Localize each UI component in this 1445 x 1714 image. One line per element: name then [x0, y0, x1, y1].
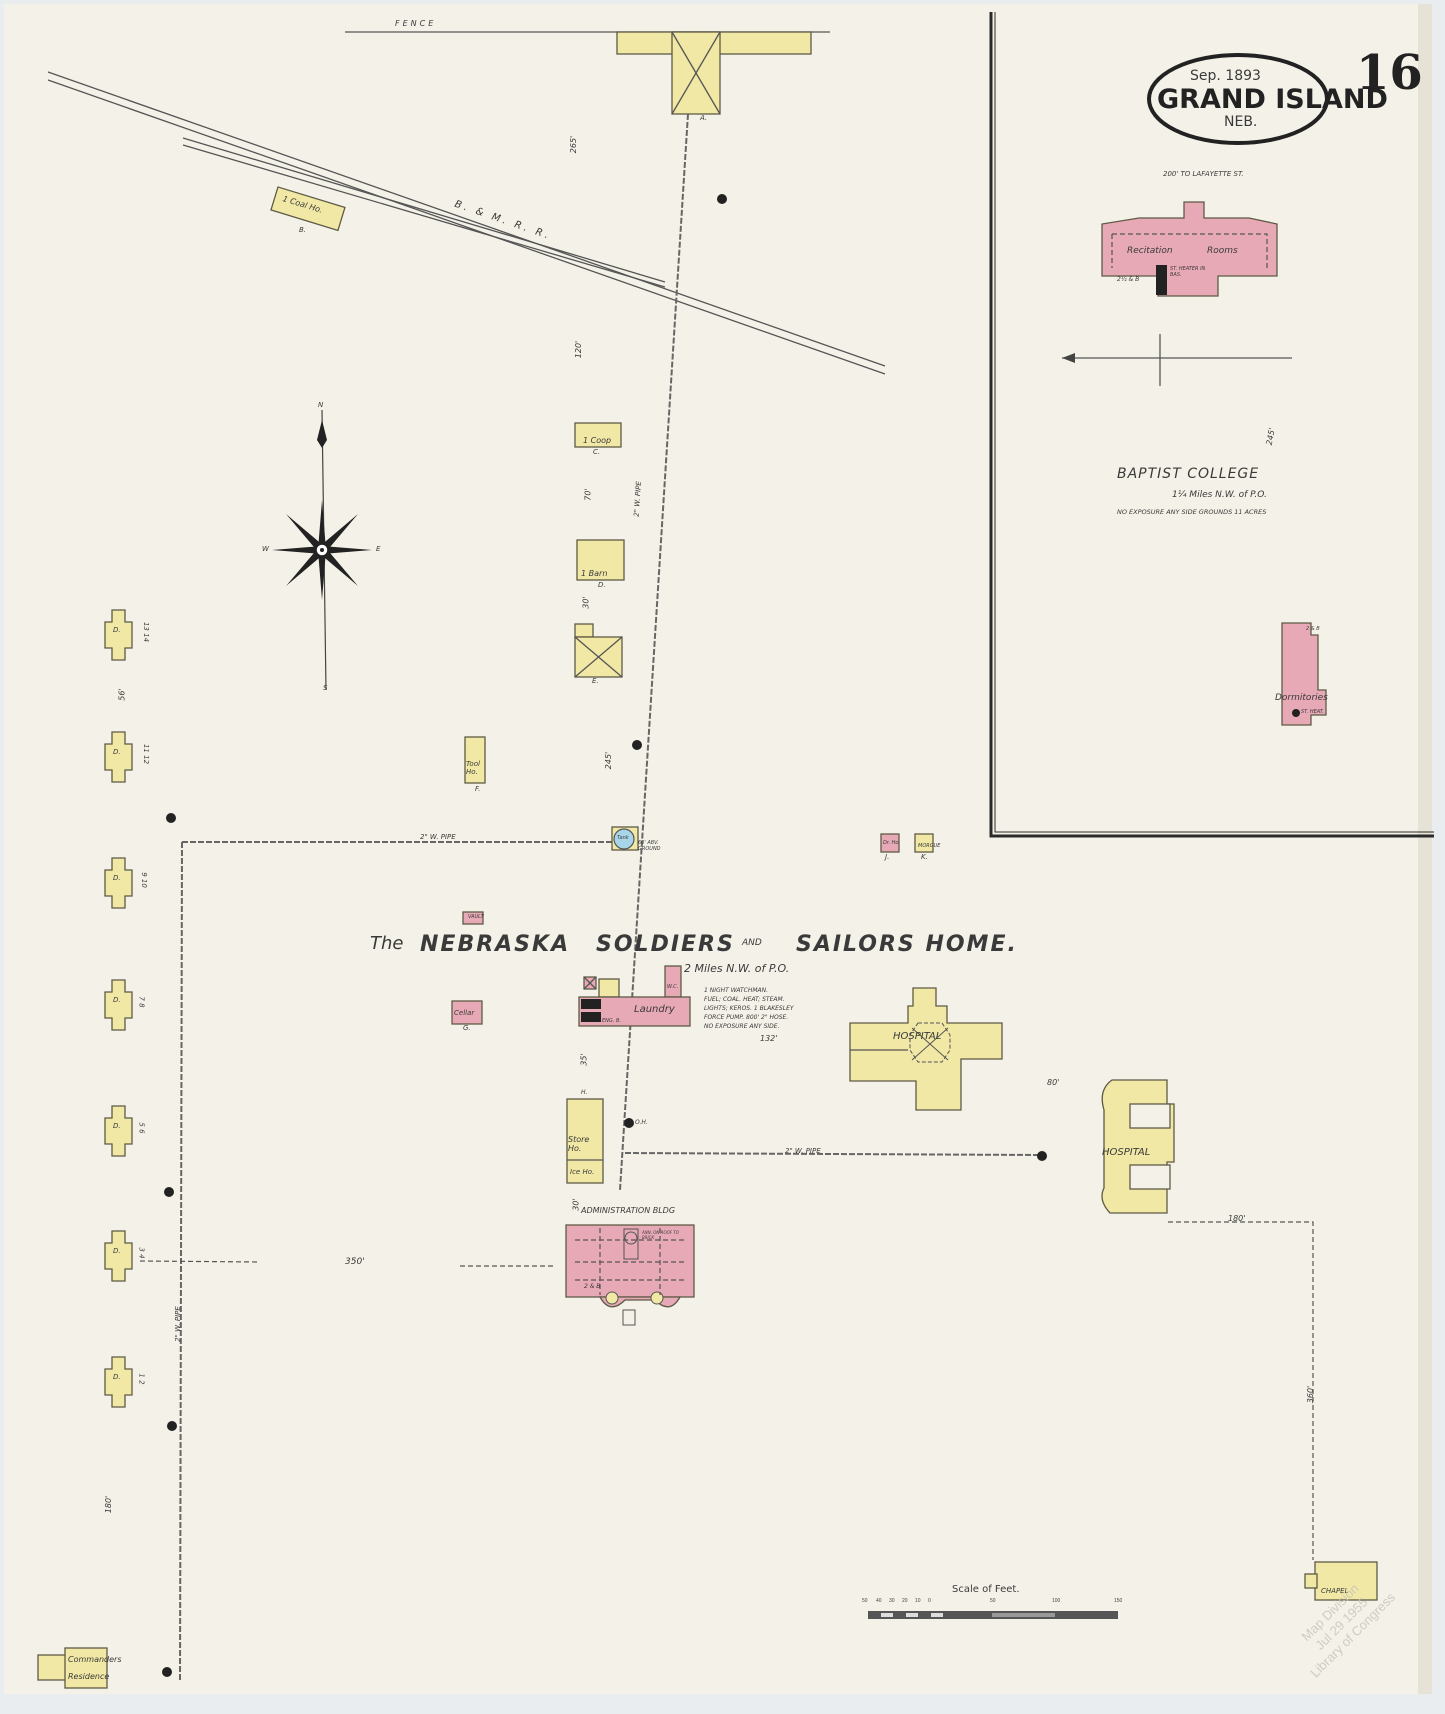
oh-label: O.H.: [635, 1119, 648, 1126]
cottage-nums: 13 14: [142, 622, 150, 642]
barn-label: 1 Barn: [581, 569, 607, 578]
main-distance: 2 Miles N.W. of P.O.: [684, 962, 789, 975]
recitation-label-a: Recitation: [1127, 246, 1173, 256]
cartouche-date: Sep. 1893: [1190, 68, 1261, 84]
coop-label: 1 Coop: [583, 436, 611, 445]
store-ho-label: Store Ho.: [568, 1135, 604, 1153]
dim-label: 70': [584, 488, 593, 500]
cottage-nums: 11 12: [142, 744, 150, 764]
vault-label: VAULT: [468, 914, 484, 920]
dim-label: 265': [569, 136, 578, 153]
laundry-label: Laundry: [634, 1004, 675, 1015]
dim-label: 180': [104, 1496, 113, 1513]
cottage-label: D.: [113, 1122, 121, 1130]
inset-title: BAPTIST COLLEGE: [1117, 466, 1259, 482]
scale-tick: 50: [990, 1598, 996, 1604]
commanders-label-b: Residence: [68, 1672, 109, 1681]
cottage-label: D.: [113, 874, 121, 882]
scale-tick: 40: [876, 1598, 882, 1604]
tool-ho-letter: F.: [475, 785, 480, 793]
cottage-nums: 7 8: [138, 996, 146, 1007]
cottage-label: D.: [113, 748, 121, 756]
dim-label: 56': [118, 688, 127, 700]
laundry-wc: W.C.: [667, 984, 678, 990]
title-sailors-home: SAILORS HOME.: [796, 932, 1018, 957]
admin-label: ADMINISTRATION BLDG: [581, 1206, 675, 1215]
pipe-label: 2" W. PIPE: [420, 833, 456, 841]
j-letter: J.: [885, 853, 889, 861]
compass-e: E: [376, 545, 380, 553]
title-nebraska: NEBRASKA: [420, 932, 570, 957]
dim-label: 30': [572, 1198, 581, 1210]
cottage-nums: 1 2: [138, 1373, 146, 1384]
note-line: LIGHTS; KEROS. 1 BLAKESLEY: [704, 1004, 794, 1013]
cottage-label: D.: [113, 626, 121, 634]
compass-w: W: [262, 545, 269, 553]
compass-n: N: [318, 401, 323, 409]
scale-tick: 100: [1052, 1598, 1060, 1604]
admin-note: ANN. ON ROOF TO BRICK: [642, 1230, 682, 1240]
recitation-stories: 2½ & B: [1117, 276, 1139, 283]
store-ho-letter: H.: [581, 1089, 587, 1096]
cottage-nums: 3 4: [138, 1247, 146, 1258]
admin-stories: 2 & B: [584, 1283, 600, 1290]
bldg-e-letter: E.: [592, 677, 599, 685]
cottage-label: D.: [113, 996, 121, 1004]
scale-tick: 150: [1114, 1598, 1122, 1604]
scale-tick: 0: [928, 1598, 931, 1604]
commanders-label-a: Commanders: [68, 1655, 122, 1664]
dormitories-stories: 2 & B: [1306, 626, 1320, 632]
dim-label: 245': [604, 752, 613, 769]
stable-a-letter: A.: [700, 114, 707, 122]
title-the: The: [370, 933, 403, 954]
title-and: AND: [742, 938, 762, 948]
dim-label: 80': [1047, 1078, 1059, 1087]
scale-tick: 50: [862, 1598, 868, 1604]
title-soldiers: SOLDIERS: [596, 932, 735, 957]
pipe-label: 2" W. PIPE: [174, 1306, 182, 1342]
cottage-nums: 9 10: [140, 872, 148, 888]
scale-tick: 20: [902, 1598, 908, 1604]
dormitories-label: Dormitories: [1275, 693, 1328, 703]
dim-label: 360': [1306, 1386, 1315, 1403]
cottage-label: D.: [113, 1373, 121, 1381]
cellar-letter: G.: [463, 1024, 471, 1032]
cellar-label: Cellar: [454, 1009, 474, 1017]
inset-exposure: NO EXPOSURE ANY SIDE GROUNDS 11 ACRES: [1117, 508, 1266, 516]
inset-street-note: 200' TO LAFAYETTE ST.: [1163, 170, 1244, 178]
sheet-number: 16: [1356, 45, 1423, 101]
dim-label: 350': [345, 1257, 365, 1267]
tank-note: 60' ABV. GROUND: [638, 840, 678, 852]
scale-tick: 10: [915, 1598, 921, 1604]
note-line: FORCE PUMP. 800' 2" HOSE.: [704, 1013, 794, 1022]
map-graphics: [0, 0, 1445, 1714]
note-line: 1 NIGHT WATCHMAN.: [704, 986, 794, 995]
note-line: NO EXPOSURE ANY SIDE.: [704, 1022, 794, 1031]
note-line: FUEL; COAL. HEAT; STEAM.: [704, 995, 794, 1004]
fence-label: FENCE: [395, 19, 436, 28]
dim-label: 180': [1228, 1214, 1245, 1223]
ice-ho-label: Ice Ho.: [570, 1168, 594, 1176]
coop-letter: C.: [593, 448, 600, 456]
morgue-letter: K.: [921, 853, 928, 861]
coal-ho-letter: B.: [299, 226, 306, 234]
dim-label: 132': [760, 1034, 777, 1043]
hospital-1-label: HOSPITAL: [893, 1031, 941, 1042]
pipe-label: 2" W. PIPE: [785, 1147, 821, 1155]
cartouche-state: NEB.: [1224, 114, 1257, 130]
recitation-label-b: Rooms: [1207, 246, 1238, 256]
cartouche-city: GRAND ISLAND: [1157, 84, 1388, 115]
scale-tick: 30: [889, 1598, 895, 1604]
tool-ho-label: Tool Ho.: [466, 760, 486, 776]
j-label: Dr. Ho.: [883, 840, 900, 846]
cottage-nums: 5 6: [138, 1122, 146, 1133]
compass-s: S: [323, 684, 327, 692]
morgue-label: MORGUE: [918, 843, 940, 849]
dormitories-heater: ST. HEAT.: [1301, 709, 1324, 715]
dim-label: 30': [582, 596, 591, 608]
scale-ticks: 50 40 30 20 10 0 50 100 150: [862, 1598, 1132, 1608]
map-sheet: Sep. 1893 GRAND ISLAND NEB. 16 FENCE B. …: [0, 0, 1445, 1714]
laundry-engine: ENG. B.: [602, 1018, 621, 1024]
scale-title: Scale of Feet.: [952, 1584, 1020, 1595]
tank-label: Tank: [617, 835, 629, 841]
recitation-heater: ST. HEATER IN BAS.: [1170, 266, 1210, 278]
cottage-label: D.: [113, 1247, 121, 1255]
dim-label: 35': [580, 1053, 589, 1065]
barn-letter: D.: [598, 581, 606, 589]
notes-block: 1 NIGHT WATCHMAN. FUEL; COAL. HEAT; STEA…: [704, 986, 794, 1031]
inset-distance: 1¼ Miles N.W. of P.O.: [1172, 490, 1267, 500]
hospital-2-label: HOSPITAL: [1102, 1147, 1150, 1158]
dim-label: 120': [574, 341, 583, 358]
